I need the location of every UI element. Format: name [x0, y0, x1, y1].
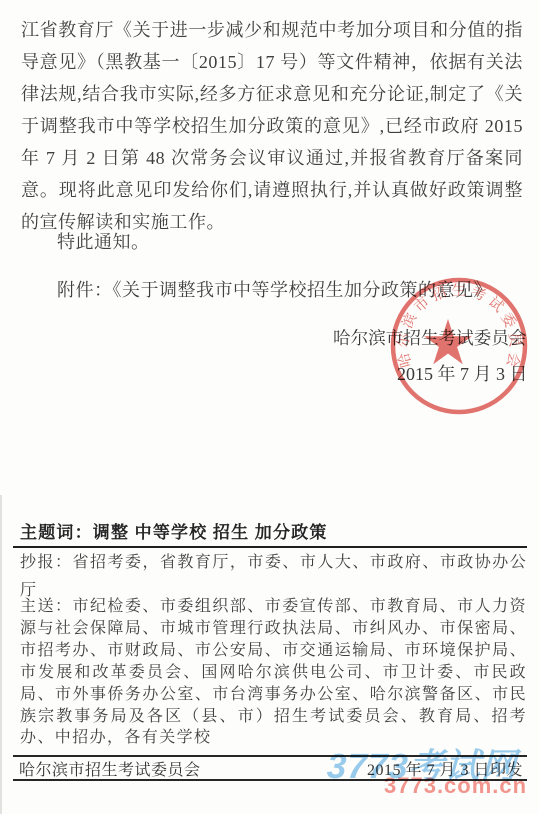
subject-keywords: 主题词：调整 中等学校 招生 加分政策 — [20, 523, 328, 542]
footer-issuer: 哈尔滨市招生考试委员会 — [19, 757, 201, 780]
distribution-row: 主送：市纪检委、市委组织部、市委宣传部、市教育局、市人力资源与社会保障局、市城市… — [20, 596, 527, 749]
signature-date: 2015 年 7 月 3 日 — [397, 360, 528, 386]
scan-edge-artifact — [0, 495, 2, 814]
subject-keywords-row: 主题词：调整 中等学校 招生 加分政策 — [13, 518, 527, 548]
signature-org: 哈尔滨市招生考试委员会 — [333, 325, 527, 350]
body-paragraph: 江省教育厅《关于进一步减少和规范中考加分项目和分值的指导意见》（黑教基一〔201… — [21, 14, 523, 238]
document-page: 江省教育厅《关于进一步减少和规范中考加分项目和分值的指导意见》（黑教基一〔201… — [0, 0, 539, 814]
watermark-site-url: 3773.com.cn — [384, 773, 527, 799]
notice-line: 特此通知。 — [57, 228, 150, 254]
attachment-line: 附件：《关于调整我市中等学校招生加分政策的意见》 — [57, 276, 492, 302]
